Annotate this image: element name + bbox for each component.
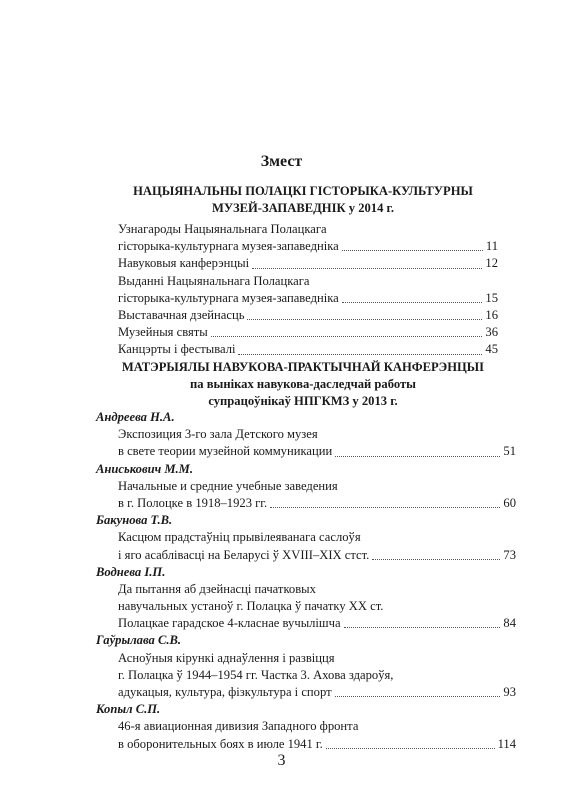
dot-leader	[335, 695, 501, 697]
entry-author: Бакунова Т.В.	[96, 512, 516, 529]
entry-title-line: в оборонительных боях в июле 1941 г.114	[118, 736, 516, 753]
entry-title-text: Полацкае гарадское 4-класнае вучылішча	[118, 615, 341, 632]
entry-page-number[interactable]: 15	[485, 290, 498, 307]
section-1-heading-line: НАЦЫЯНАЛЬНЫ ПОЛАЦКІ ГІСТОРЫКА-КУЛЬТУРНЫ	[90, 183, 516, 200]
entry-title-line: навучальных устаноў г. Полацка ў пачатку…	[118, 598, 516, 615]
entry-author: Копыл С.П.	[96, 701, 516, 718]
entry-title-block: Выставачная дзейнасць16	[118, 307, 498, 324]
entry-title-block: Асноўныя кірункі аднаўлення і развіццяг.…	[96, 650, 516, 702]
toc-entry[interactable]: Андреева Н.А.Экспозиция 3-го зала Детско…	[96, 409, 516, 461]
entry-title-block: Навуковыя канферэнцыі12	[118, 255, 498, 272]
entry-author: Гаўрылава С.В.	[96, 632, 516, 649]
section-1-entries: Узнагароды Нацыянальнага Полацкагагістор…	[118, 221, 498, 359]
toc-entry[interactable]: Воднева І.П.Да пытання аб дзейнасці пача…	[96, 564, 516, 633]
dot-leader	[238, 353, 482, 355]
entry-title-line: 46-я авиационная дивизия Западного фронт…	[118, 718, 516, 735]
entry-title-line: Узнагароды Нацыянальнага Полацкага	[118, 221, 498, 238]
dot-leader	[211, 335, 483, 337]
entry-page-number[interactable]: 45	[485, 341, 498, 358]
entry-title-line: Полацкае гарадское 4-класнае вучылішча84	[118, 615, 516, 632]
section-2-subheading-line: супрацоўнікаў НПГКМЗ у 2013 г.	[90, 393, 516, 410]
entry-title-block: Да пытання аб дзейнасці пачатковыхнавуча…	[96, 581, 516, 633]
toc-entry[interactable]: Канцэрты і фестывалі45	[118, 341, 498, 358]
section-2-heading-line: МАТЭРЫЯЛЫ НАВУКОВА-ПРАКТЫЧНАЙ КАНФЕРЭНЦЫ…	[90, 359, 516, 376]
entry-title-line: і яго асаблівасці на Беларусі ў XVIII–XI…	[118, 547, 516, 564]
entry-title-text: і яго асаблівасці на Беларусі ў XVIII–XI…	[118, 547, 369, 564]
entry-page-number[interactable]: 60	[503, 495, 516, 512]
entry-title-text: Навуковыя канферэнцыі	[118, 255, 249, 272]
entry-title-text: гісторыка-культурнага музея-запаведніка	[118, 290, 339, 307]
toc-entry[interactable]: Навуковыя канферэнцыі12	[118, 255, 498, 272]
toc-title: Змест	[0, 153, 563, 171]
entry-page-number[interactable]: 12	[485, 255, 498, 272]
entry-title-line: Начальные и средние учебные заведения	[118, 478, 516, 495]
entry-title-line: Касцюм прадстаўніц прывілеяванага саслоў…	[118, 529, 516, 546]
entry-title-line: Да пытання аб дзейнасці пачатковых	[118, 581, 516, 598]
dot-leader	[344, 626, 501, 628]
entry-page-number[interactable]: 36	[485, 324, 498, 341]
section-2-heading: МАТЭРЫЯЛЫ НАВУКОВА-ПРАКТЫЧНАЙ КАНФЕРЭНЦЫ…	[90, 359, 516, 410]
entry-page-number[interactable]: 16	[485, 307, 498, 324]
toc-entry[interactable]: Аниськович М.М.Начальные и средние учебн…	[96, 461, 516, 513]
dot-leader	[252, 267, 482, 269]
entry-title-text: Выставачная дзейнасць	[118, 307, 244, 324]
dot-leader	[342, 249, 483, 251]
toc-entry[interactable]: Музейныя святы36	[118, 324, 498, 341]
entry-title-block: Касцюм прадстаўніц прывілеяванага саслоў…	[96, 529, 516, 563]
entry-page-number[interactable]: 84	[503, 615, 516, 632]
entry-title-text: Канцэрты і фестывалі	[118, 341, 235, 358]
entry-title-line: адукацыя, культура, фізкультура і спорт9…	[118, 684, 516, 701]
entry-title-block: Экспозиция 3-го зала Детского музеяв све…	[96, 426, 516, 460]
entry-author: Воднева І.П.	[96, 564, 516, 581]
entry-title-text: в оборонительных боях в июле 1941 г.	[118, 736, 323, 753]
entry-title-line: Асноўныя кірункі аднаўлення і развіцця	[118, 650, 516, 667]
section-2-entries: Андреева Н.А.Экспозиция 3-го зала Детско…	[96, 409, 516, 753]
entry-title-line: Выставачная дзейнасць16	[118, 307, 498, 324]
entry-page-number[interactable]: 73	[503, 547, 516, 564]
entry-title-block: Канцэрты і фестывалі45	[118, 341, 498, 358]
entry-title-block: Узнагароды Нацыянальнага Полацкагагістор…	[118, 221, 498, 255]
dot-leader	[247, 318, 482, 320]
entry-title-text: в г. Полоцке в 1918–1923 гг.	[118, 495, 267, 512]
entry-title-text: гісторыка-культурнага музея-запаведніка	[118, 238, 339, 255]
entry-page-number[interactable]: 114	[498, 736, 516, 753]
entry-title-line: в свете теории музейной коммуникации51	[118, 443, 516, 460]
entry-author: Андреева Н.А.	[96, 409, 516, 426]
entry-page-number[interactable]: 93	[503, 684, 516, 701]
dot-leader	[326, 747, 495, 749]
entry-title-line: Экспозиция 3-го зала Детского музея	[118, 426, 516, 443]
entry-title-text: адукацыя, культура, фізкультура і спорт	[118, 684, 332, 701]
entry-title-line: Выданні Нацыянальнага Полацкага	[118, 273, 498, 290]
entry-author: Аниськович М.М.	[96, 461, 516, 478]
toc-entry[interactable]: Гаўрылава С.В.Асноўныя кірункі аднаўленн…	[96, 632, 516, 701]
entry-title-block: 46-я авиационная дивизия Западного фронт…	[96, 718, 516, 752]
dot-leader	[335, 455, 500, 457]
page-number: 3	[0, 752, 563, 770]
section-1-heading: НАЦЫЯНАЛЬНЫ ПОЛАЦКІ ГІСТОРЫКА-КУЛЬТУРНЫ …	[90, 183, 516, 217]
document-page: Змест НАЦЫЯНАЛЬНЫ ПОЛАЦКІ ГІСТОРЫКА-КУЛЬ…	[0, 0, 563, 800]
entry-title-block: Начальные и средние учебные заведенияв г…	[96, 478, 516, 512]
toc-entry[interactable]: Узнагароды Нацыянальнага Полацкагагістор…	[118, 221, 498, 255]
toc-entry[interactable]: Копыл С.П.46-я авиационная дивизия Запад…	[96, 701, 516, 753]
toc-entry[interactable]: Бакунова Т.В.Касцюм прадстаўніц прывілея…	[96, 512, 516, 564]
dot-leader	[372, 558, 500, 560]
toc-entry[interactable]: Выставачная дзейнасць16	[118, 307, 498, 324]
entry-page-number[interactable]: 51	[503, 443, 516, 460]
entry-title-line: Музейныя святы36	[118, 324, 498, 341]
toc-entry[interactable]: Выданні Нацыянальнага Полацкагагісторыка…	[118, 273, 498, 307]
section-1-heading-line: МУЗЕЙ-ЗАПАВЕДНІК у 2014 г.	[90, 200, 516, 217]
entry-title-line: гісторыка-культурнага музея-запаведніка1…	[118, 290, 498, 307]
entry-title-line: гісторыка-культурнага музея-запаведніка1…	[118, 238, 498, 255]
entry-title-text: в свете теории музейной коммуникации	[118, 443, 332, 460]
entry-page-number[interactable]: 11	[486, 238, 498, 255]
entry-title-text: Музейныя святы	[118, 324, 208, 341]
entry-title-block: Музейныя святы36	[118, 324, 498, 341]
entry-title-line: Канцэрты і фестывалі45	[118, 341, 498, 358]
entry-title-block: Выданні Нацыянальнага Полацкагагісторыка…	[118, 273, 498, 307]
dot-leader	[342, 301, 483, 303]
section-2-subheading-line: па выніках навукова-даследчай работы	[90, 376, 516, 393]
entry-title-line: г. Полацка ў 1944–1954 гг. Частка 3. Ахо…	[118, 667, 516, 684]
entry-title-line: Навуковыя канферэнцыі12	[118, 255, 498, 272]
entry-title-line: в г. Полоцке в 1918–1923 гг.60	[118, 495, 516, 512]
dot-leader	[270, 506, 500, 508]
